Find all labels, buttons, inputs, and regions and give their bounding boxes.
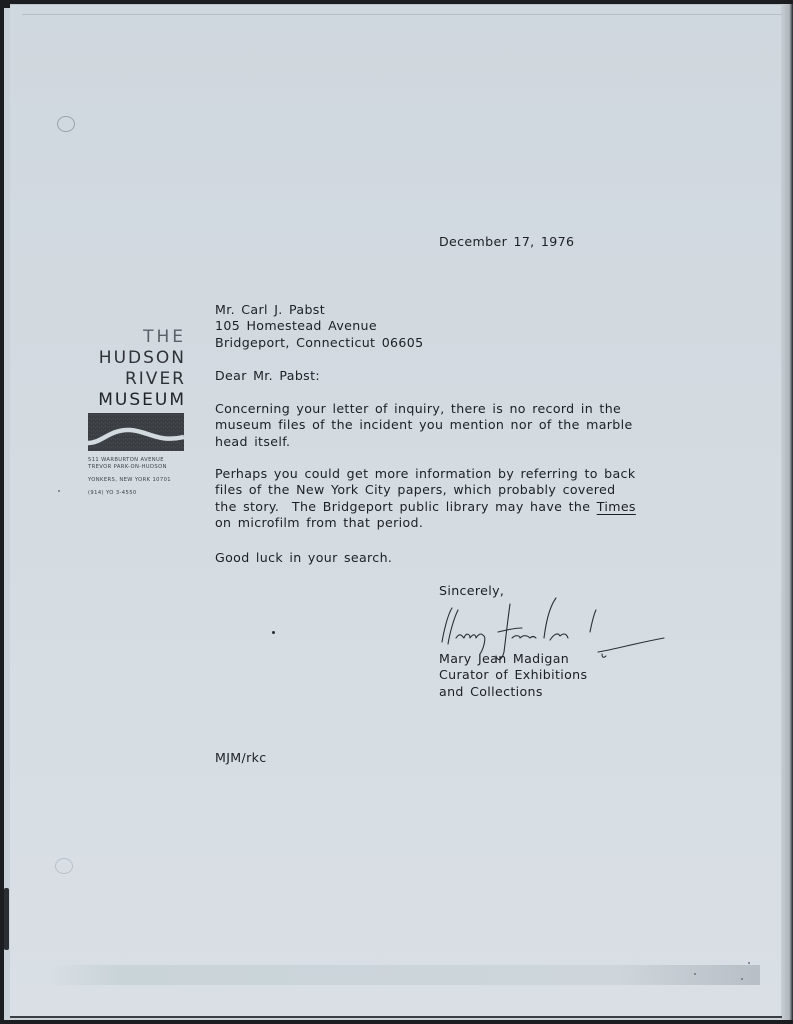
- dust-speck: [58, 490, 60, 492]
- punch-hole-mark: [57, 116, 75, 132]
- signer-title: and Collections: [439, 684, 587, 700]
- recipient-name: Mr. Carl J. Pabst: [215, 302, 424, 318]
- paragraph-text: the story. The Bridgeport public library…: [215, 499, 597, 514]
- paragraph-line: Concerning your letter of inquiry, there…: [215, 401, 633, 417]
- letterhead-city: YONKERS, NEW YORK 10701: [88, 477, 186, 484]
- closing-sentence: Good luck in your search.: [215, 550, 392, 566]
- letter-date: December 17, 1976: [439, 234, 574, 250]
- letterhead-name-line: MUSEUM: [88, 390, 186, 411]
- letterhead-name-line: HUDSON: [88, 348, 186, 369]
- salutation: Dear Mr. Pabst:: [215, 368, 320, 384]
- paragraph-2: Perhaps you could get more information b…: [215, 466, 636, 532]
- paragraph-line: head itself.: [215, 434, 633, 450]
- ink-dot: [272, 631, 275, 634]
- river-wave-logo-icon: [88, 413, 184, 451]
- paragraph-line: files of the New York City papers, which…: [215, 482, 636, 498]
- recipient-address: Mr. Carl J. Pabst 105 Homestead Avenue B…: [215, 302, 424, 351]
- paragraph-line: the story. The Bridgeport public library…: [215, 499, 636, 515]
- paragraph-1: Concerning your letter of inquiry, there…: [215, 401, 633, 450]
- page-edge: [781, 4, 793, 1020]
- letterhead-locality: TREVOR PARK-ON-HUDSON: [88, 464, 186, 471]
- letterhead-name-line: THE: [88, 327, 186, 348]
- dust-speck: [741, 978, 743, 980]
- recipient-street: 105 Homestead Avenue: [215, 318, 424, 334]
- page-fold-line: [22, 14, 782, 15]
- paragraph-line: museum files of the incident you mention…: [215, 417, 633, 433]
- signer-block: Mary Jean Madigan Curator of Exhibitions…: [439, 651, 587, 700]
- punch-hole-mark: [55, 858, 73, 874]
- letterhead-name-line: RIVER: [88, 369, 186, 390]
- recipient-city: Bridgeport, Connecticut 06605: [215, 335, 424, 351]
- letterhead: THE HUDSON RIVER MUSEUM 511 WARBURTON AV…: [88, 327, 186, 497]
- scan-smudge: [48, 965, 760, 985]
- newspaper-title: Times: [597, 499, 636, 514]
- dust-speck: [748, 962, 750, 964]
- signer-title: Curator of Exhibitions: [439, 667, 587, 683]
- paragraph-line: on microfilm from that period.: [215, 515, 636, 531]
- letterhead-phone: (914) YO 3-4550: [88, 490, 186, 497]
- paragraph-line: Perhaps you could get more information b…: [215, 466, 636, 482]
- letterhead-street: 511 WARBURTON AVENUE: [88, 457, 186, 464]
- page-bottom-edge: [10, 1016, 782, 1018]
- dust-speck: [694, 973, 696, 975]
- signer-name: Mary Jean Madigan: [439, 651, 587, 667]
- binder-clip-mark: [4, 888, 9, 950]
- reference-initials: MJM/rkc: [215, 750, 267, 766]
